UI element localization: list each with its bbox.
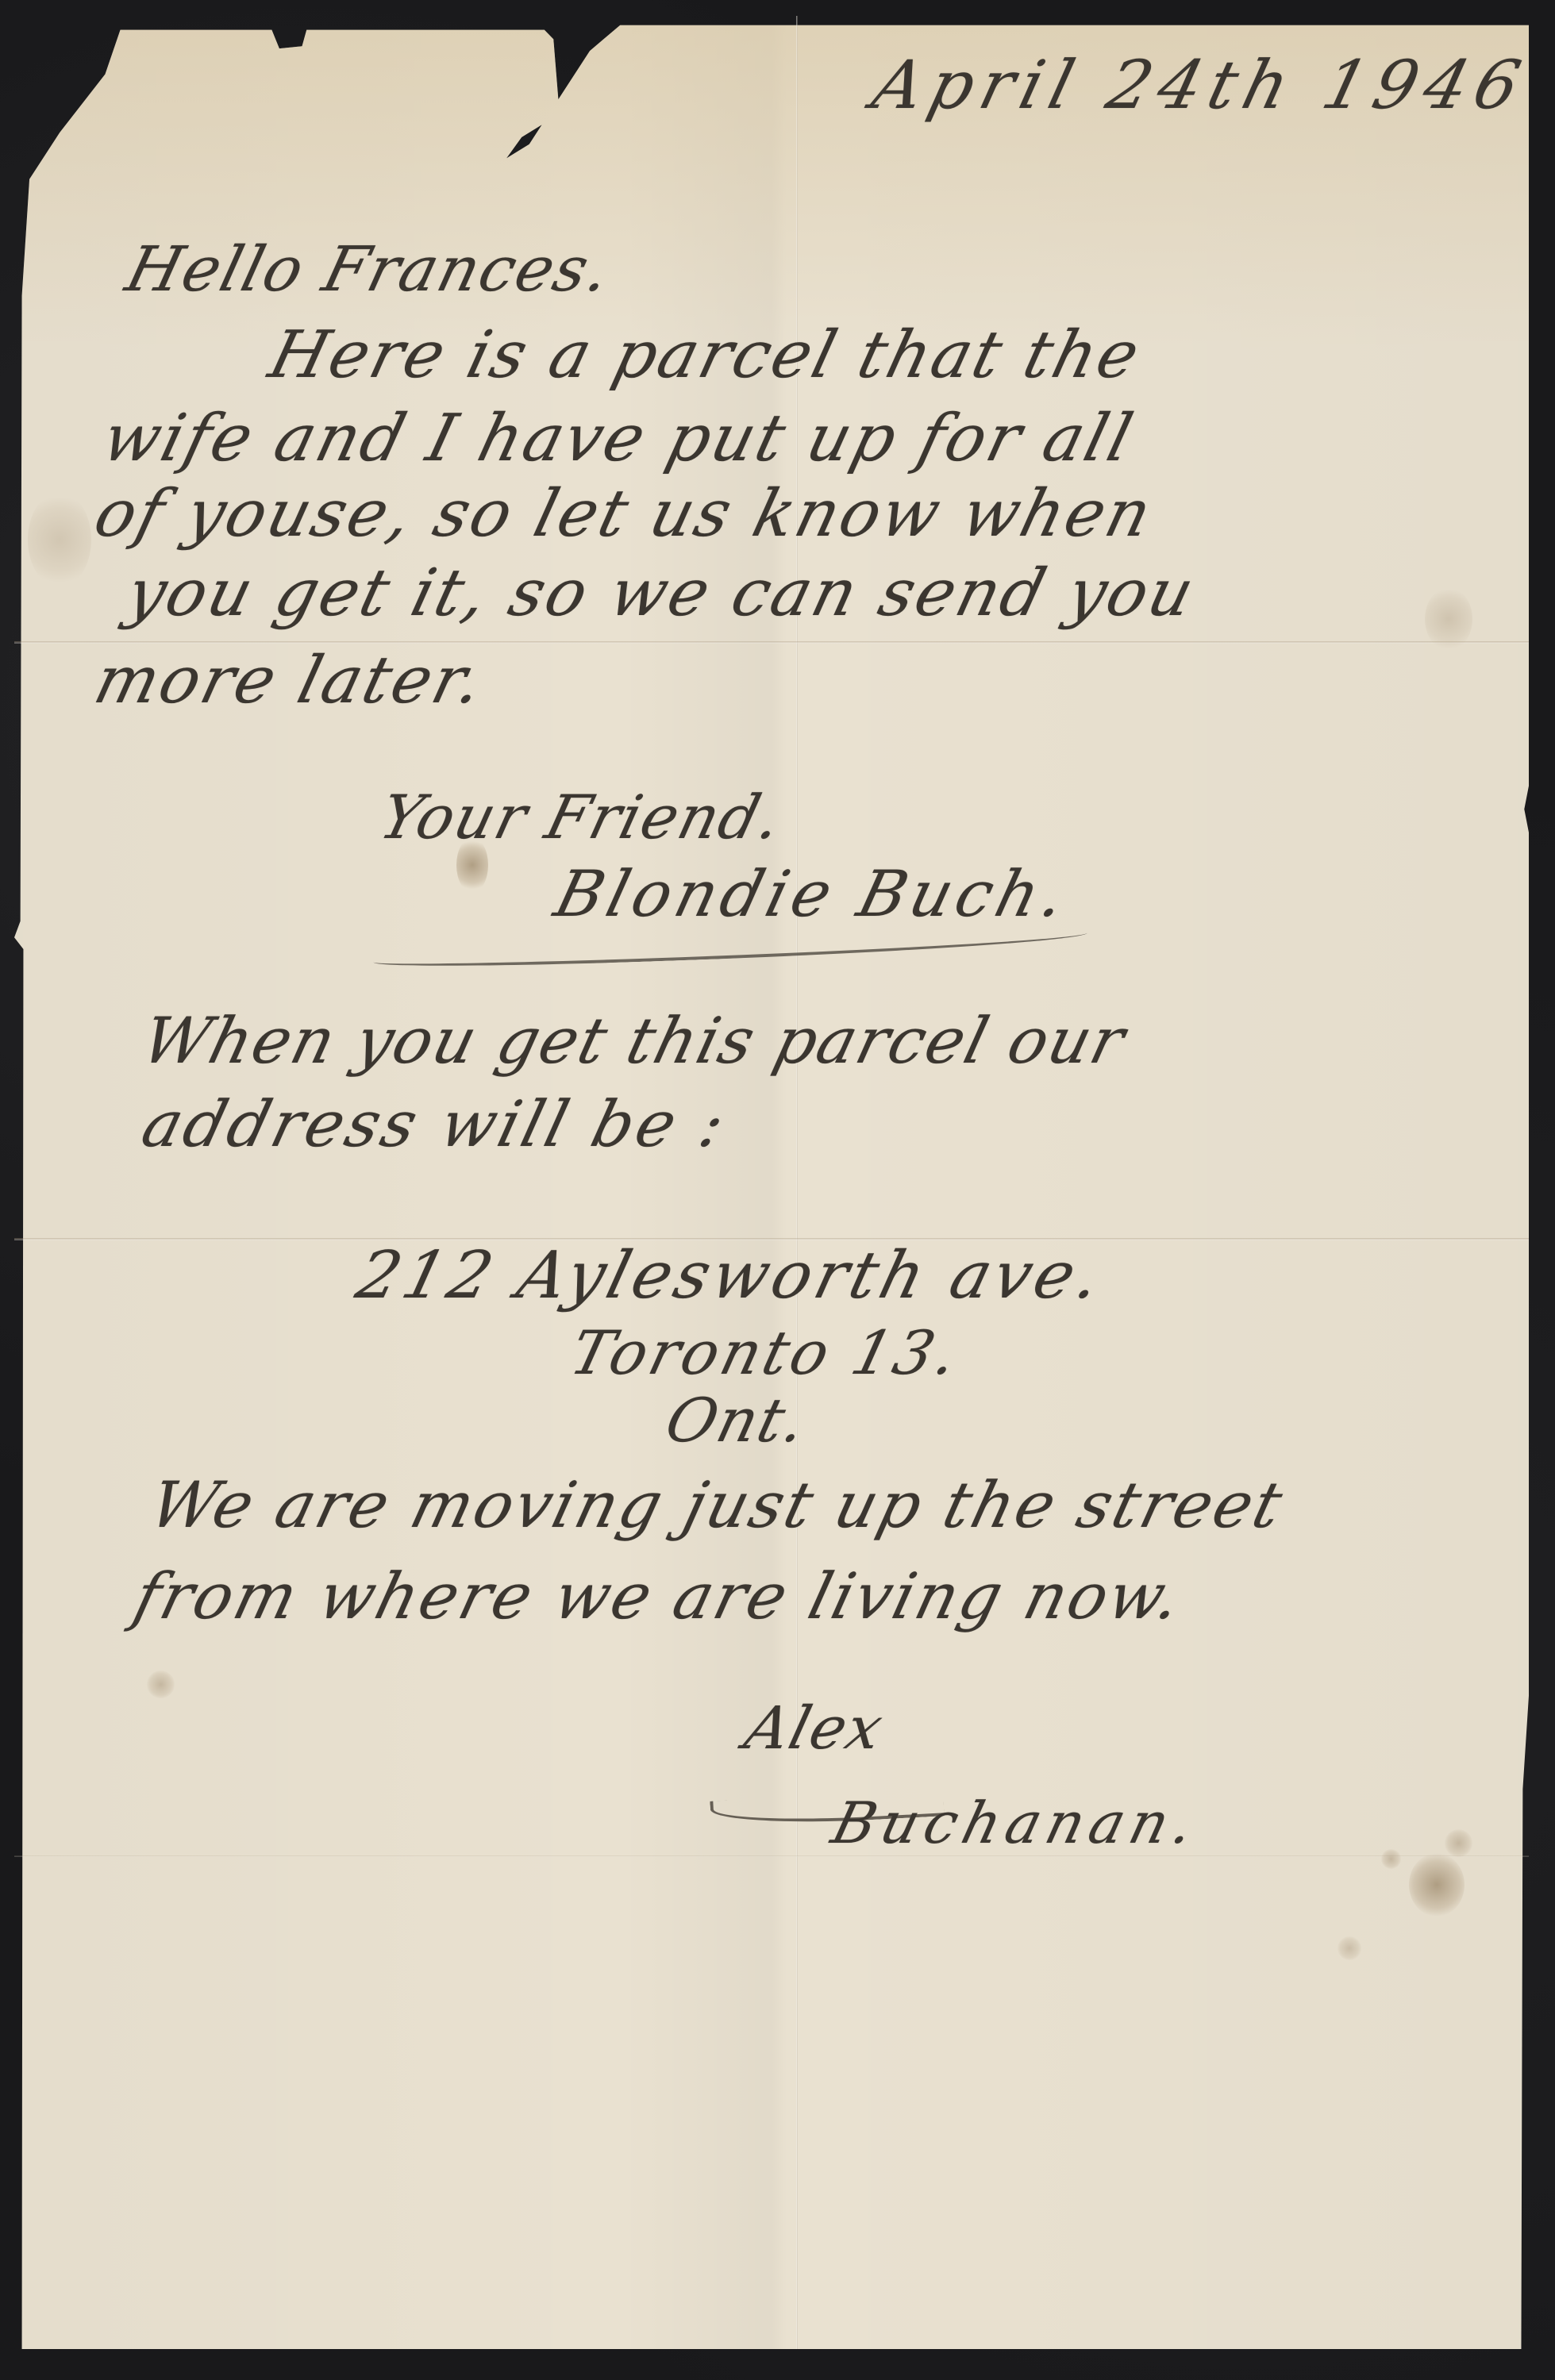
letter-body-line: Here is a parcel that the: [262, 317, 1149, 393]
postscript-line: address will be :: [135, 1087, 735, 1161]
note-line: We are moving just up the street: [143, 1468, 1291, 1542]
address-province: Ont.: [659, 1385, 814, 1455]
ink-stain: [1425, 587, 1472, 651]
ink-stain: [147, 1671, 175, 1698]
letter-body-line: wife and I have put up for all: [95, 401, 1141, 476]
signature-first-name: Alex: [738, 1694, 891, 1763]
letter-body-line: you get it, so we can send you: [119, 556, 1203, 631]
address-street: 212 Aylesworth ave.: [349, 1238, 1112, 1313]
letter-body-line: more later.: [87, 643, 492, 718]
horizontal-fold-crease: [14, 1855, 1529, 1857]
letter-greeting: Hello Frances.: [119, 234, 618, 306]
note-line: from where we are living now.: [127, 1559, 1191, 1633]
ink-stain: [1338, 1936, 1361, 1960]
signature-blondie: Blondie Buch.: [548, 857, 1077, 931]
letter-body-line: of youse, so let us know when: [87, 476, 1160, 552]
ink-stain: [28, 492, 91, 587]
ink-stain: [1445, 1829, 1472, 1857]
ink-stain: [1381, 1849, 1401, 1869]
letter-closing: Your Friend.: [373, 782, 790, 852]
postscript-line: When you get this parcel our: [135, 1004, 1134, 1078]
ink-stain: [1409, 1853, 1465, 1917]
letter-date: April 24th 1946: [865, 46, 1536, 124]
signature-last-name: Buchanan.: [826, 1790, 1207, 1856]
address-city: Toronto 13.: [564, 1317, 968, 1388]
